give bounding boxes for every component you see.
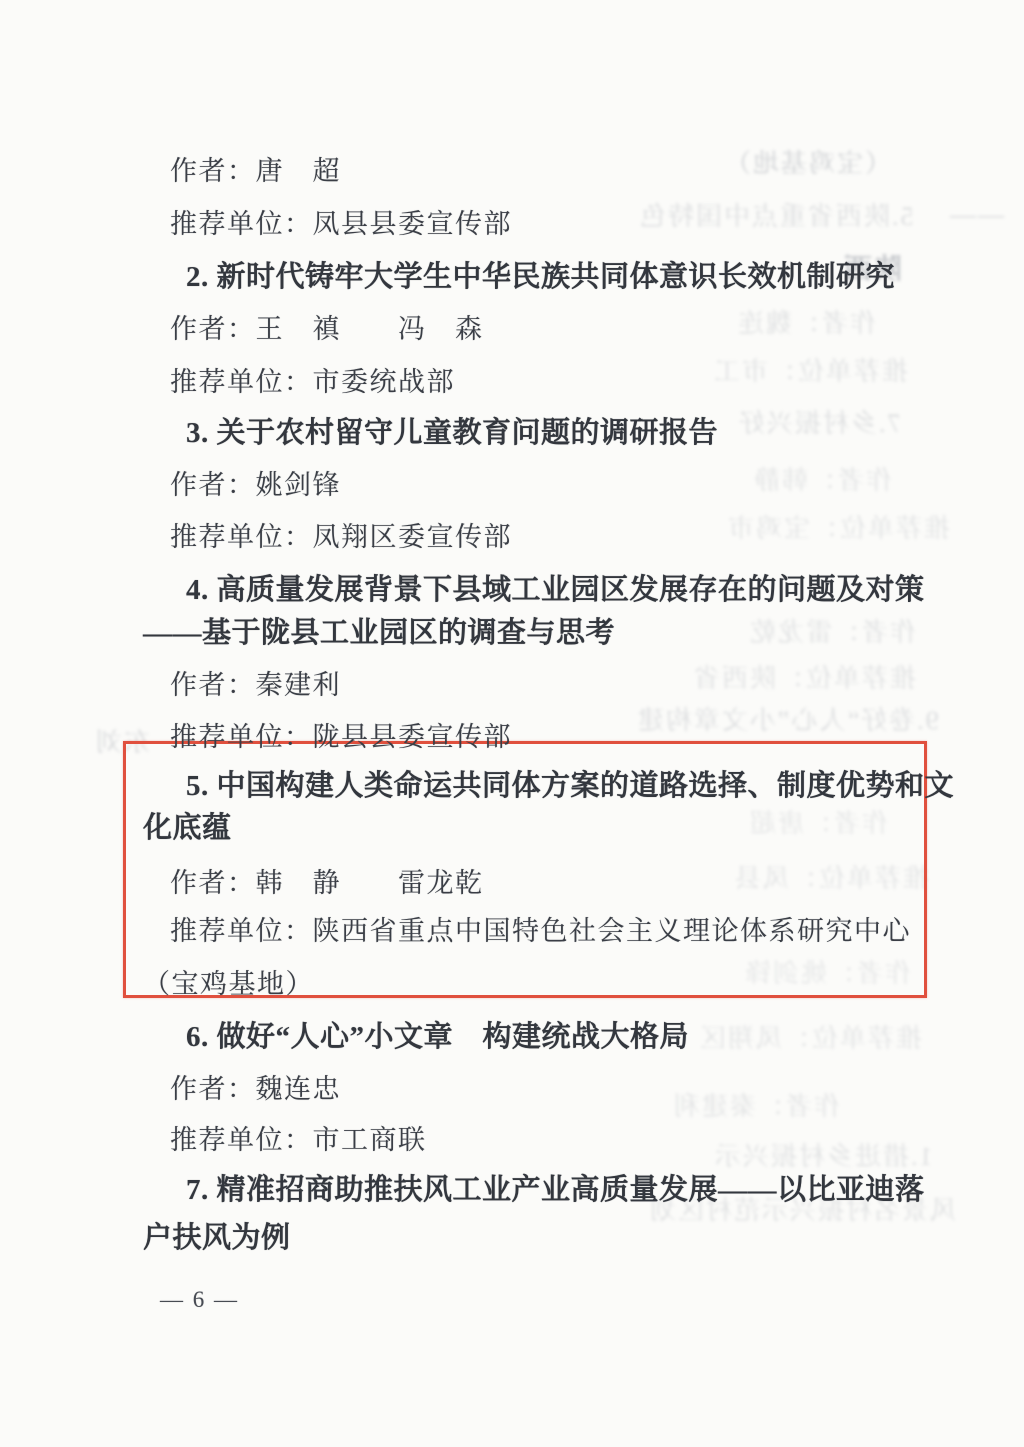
recommender-line: 推荐单位：陕西省重点中国特色社会主义理论体系研究中心 (170, 909, 911, 948)
bleed-through-artifact: 推荐单位：陕西省 (692, 658, 916, 695)
page-number: — 6 — (160, 1287, 239, 1313)
item-title-4-continuation: ——基于陇县工业园区的调查与思考 (143, 610, 615, 651)
item-title-4: 4. 高质量发展背景下县域工业园区发展存在的问题及对策 (186, 567, 925, 608)
recommender-line: 推荐单位：市委统战部 (170, 360, 455, 399)
bleed-through-artifact: 作者：韩静 (752, 460, 892, 497)
bleed-through-artifact: 7.乡村振兴好 (737, 403, 901, 440)
author-line: 作者：姚剑锋 (170, 463, 341, 502)
bleed-through-artifact: 推荐单位：凤翔区 (698, 1018, 922, 1055)
author-line: 作者：秦建利 (170, 663, 341, 702)
bleed-through-artifact: 推荐单位：市工 (712, 351, 908, 388)
author-line: 作者：韩 静 雷龙乾 (170, 861, 484, 900)
author-line: 作者：唐 超 (170, 149, 341, 188)
recommender-line: 推荐单位：陇县县委宣传部 (170, 715, 512, 754)
recommender-line: 推荐单位：凤县县委宣传部 (170, 202, 512, 241)
bleed-through-artifact: 9.卷好“人心”小文章构建 (636, 700, 939, 737)
item-title-6: 6. 做好“人心”小文章 构建统战大格局 (186, 1014, 689, 1055)
bleed-through-artifact: 作者：雷龙乾 (748, 612, 916, 649)
item-title-2: 2. 新时代铸牢大学生中华民族共同体意识长效机制研究 (186, 254, 895, 295)
item-title-5: 5. 中国构建人类命运共同体方案的道路选择、制度优势和文 (186, 763, 954, 804)
bleed-through-artifact: 作者：秦建利 (672, 1086, 840, 1123)
item-title-3: 3. 关于农村留守儿童教育问题的调研报告 (186, 410, 718, 451)
item-title-7-continuation: 户扶风为例 (143, 1215, 291, 1256)
bleed-through-artifact: 推荐单位：宝鸡市 (726, 508, 950, 545)
bleed-through-artifact: （宝鸡基地） (723, 143, 891, 180)
bleed-through-artifact: 作者：魏连 (736, 303, 876, 340)
author-line: 作者：王 禛 冯 森 (170, 307, 484, 346)
recommender-line: 推荐单位：市工商联 (170, 1118, 427, 1157)
recommender-line-continuation: （宝鸡基地） (143, 962, 314, 1001)
document-page: （宝鸡基地） 5.陕西省重点中国特色 —— 陕西 作者：魏连 推荐单位：市工 7… (0, 0, 1024, 1447)
item-title-7: 7. 精准招商助推扶风工业产业高质量发展——以比亚迪落 (186, 1167, 925, 1208)
author-line: 作者：魏连忠 (170, 1067, 341, 1106)
bleed-through-artifact: 5.陕西省重点中国特色 (638, 196, 914, 233)
bleed-through-artifact: —— (948, 200, 1004, 230)
item-title-5-continuation: 化底蕴 (143, 805, 232, 846)
recommender-line: 推荐单位：凤翔区委宣传部 (170, 515, 512, 554)
